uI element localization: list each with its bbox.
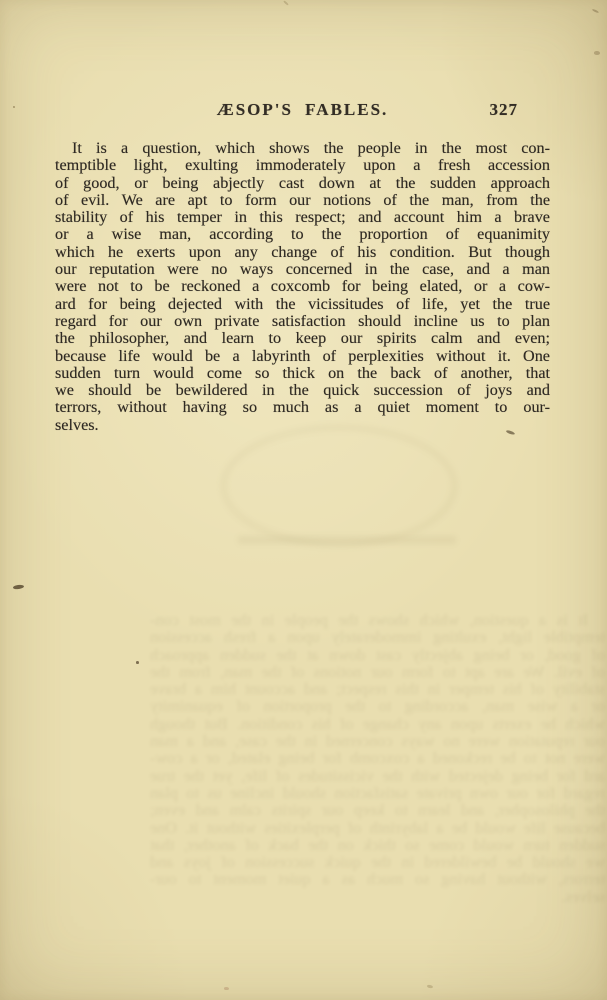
text-line: terrors, without having so much as a qui…: [55, 399, 550, 416]
text-line: sudden turn would come so thick on the b…: [150, 837, 605, 854]
text-line: because life would be a labyrinth of per…: [150, 820, 605, 837]
text-line: sudden turn would come so thick on the b…: [55, 365, 550, 382]
text-line: selves.: [150, 889, 605, 906]
text-line: stability of his temper in this respect;…: [150, 681, 605, 698]
text-line: our reputation were no ways concerned in…: [55, 261, 550, 278]
text-line: stability of his temper in this respect;…: [55, 209, 550, 226]
text-line: were not to be reckoned a coxcomb for be…: [55, 278, 550, 295]
scan-speck: [13, 106, 15, 108]
show-through-text: It is a question, which shows the people…: [150, 612, 605, 906]
text-line: ard for being dejected with the vicissit…: [150, 768, 605, 785]
scan-speck: [136, 661, 139, 664]
text-line: It is a question, which shows the people…: [150, 612, 605, 629]
scan-speck: [594, 51, 600, 55]
scan-speck: [427, 985, 433, 989]
text-line: because life would be a labyrinth of per…: [55, 348, 550, 365]
scanned-book-page: It is a question, which shows the people…: [0, 0, 607, 1000]
text-line: we should be bewildered in the quick suc…: [55, 382, 550, 399]
text-line: regard for our own private satisfaction …: [150, 785, 605, 802]
text-line: selves.: [55, 417, 550, 434]
text-line: or a wise man, according to the proporti…: [150, 698, 605, 715]
text-line: or a wise man, according to the proporti…: [55, 226, 550, 243]
scan-speck: [224, 987, 229, 990]
text-line: our reputation were no ways concerned in…: [150, 733, 605, 750]
text-line: temptible light, exulting immoderately u…: [55, 157, 550, 174]
text-line: temptible light, exulting immoderately u…: [150, 629, 605, 646]
scan-speck: [283, 0, 289, 5]
text-line: were not to be reckoned a coxcomb for be…: [150, 750, 605, 767]
scan-speck: [592, 9, 599, 14]
text-line: of evil. We are apt to form our notions …: [150, 664, 605, 681]
text-line: of good, or being abjectly cast down at …: [150, 647, 605, 664]
text-line: ard for being dejected with the vicissit…: [55, 296, 550, 313]
text-line: of good, or being abjectly cast down at …: [55, 175, 550, 192]
text-line: the philosopher, and learn to keep our s…: [55, 330, 550, 347]
text-line: we should be bewildered in the quick suc…: [150, 854, 605, 871]
text-line: which he exerts upon any change of his c…: [55, 244, 550, 261]
text-line: the philosopher, and learn to keep our s…: [150, 802, 605, 819]
page-header: ÆSOP'S FABLES. 327: [55, 100, 550, 120]
running-title: ÆSOP'S FABLES.: [55, 100, 550, 120]
paragraph: It is a question, which shows the people…: [55, 140, 550, 434]
page-number: 327: [490, 100, 519, 120]
text-line: which he exerts upon any change of his c…: [150, 716, 605, 733]
text-line: regard for our own private satisfaction …: [55, 313, 550, 330]
text-line: It is a question, which shows the people…: [55, 140, 550, 157]
text-line: terrors, without having so much as a qui…: [150, 871, 605, 888]
scan-speck: [13, 584, 24, 589]
show-through-caption: [238, 536, 456, 544]
show-through-illustration: [222, 426, 456, 546]
text-line: of evil. We are apt to form our notions …: [55, 192, 550, 209]
